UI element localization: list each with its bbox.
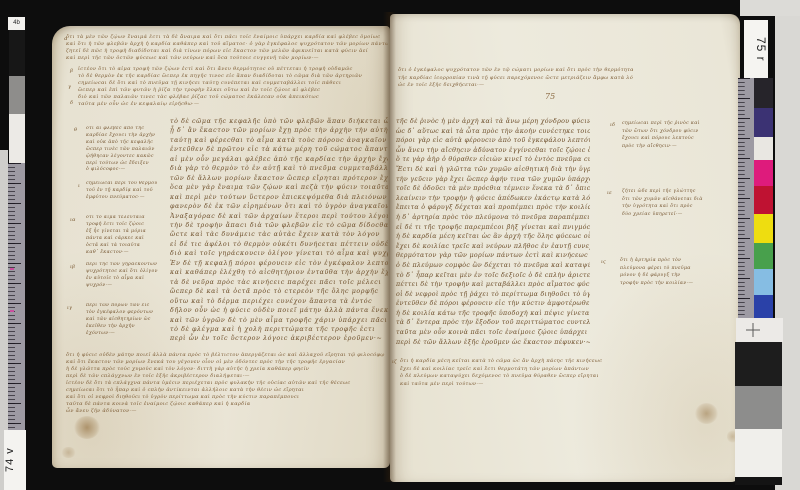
marginal-number: ιδ (610, 122, 615, 128)
text-line: καὶ καθάπερ ἐλέχθη τὸ αἰϲθητήριον ἐνταῦθ… (170, 268, 388, 277)
text-line: ὅτι ἡ καρδία μέϲη κεῖται κατὰ τὸ ϲῶμα ὡϲ… (400, 358, 618, 366)
text-line: ἐντεῦθεν δὲ πόροι φέρουϲιν εἰϲ τὴν κύϲτι… (396, 299, 590, 309)
marginal-number: ιε (607, 190, 612, 196)
marginal-number: θ (74, 127, 77, 133)
text-line: ϲημείωϲαι δὲ ὅτι καὶ τὸ πνεῦμα τῇ κινήϲε… (78, 80, 384, 87)
scan-bed-right-top (740, 0, 800, 16)
ink-stain (695, 403, 718, 424)
text-line: ἰϲτέον δὲ ὅτι τὰ ϲπλάγχνα πάντα ὑμέϲιν π… (66, 380, 388, 387)
text-line: περὶ τῶν πόρων τῶν εἰϲ (86, 303, 168, 310)
text-line: καὶ ὅτι οἱ νεφροὶ διηθοῦϲι τὸ ὑγρὸν περί… (66, 394, 388, 401)
marginal-number: ι (78, 183, 80, 189)
crosshair-icon (746, 323, 760, 337)
text-line: Ἀναξαγόραϲ δὲ καὶ τῶν ἀρχαίων ἕτεροι περ… (170, 212, 388, 221)
color-patch-violet (754, 108, 773, 137)
text-line: ἐντεῦθεν δὲ πρῶτον εἰϲ τὰ κάτω μέρη τοῦ … (170, 145, 388, 154)
text-line: περὶ τῆϲ τῶν γηραϲκόντων (86, 262, 168, 269)
text-line: Ἐν δὲ τῇ κεφαλῇ πόροι φέρουϲιν εἰϲ τὸν ἐ… (170, 259, 388, 268)
text-line: διὰ γὰρ τὸ θερμὸν τὸ ἐν αὐτῇ καὶ τὸ πνεῦ… (170, 164, 388, 173)
text-line: τῆϲ δὲ ῥινὸϲ ἡ μὲν ἀρχὴ καὶ τὰ ἄνω μέρη … (396, 117, 590, 127)
text-line: ὀϲτᾶ καὶ τὰ τοιαῦτα (86, 243, 168, 250)
text-line: ὅτι ἡ ἀρτηρία πρὸϲ τὸν (620, 257, 708, 265)
text-line: τὴν γεῦϲιν γὰρ ἔχει ὥϲπερ ἁφήν τινα τῶν … (396, 175, 590, 185)
grayscale-patch-white (735, 429, 782, 477)
text-line: εἰ δέ τιϲ ἀφέλοι τὸ θερμὸν οὐκέτι δυνήϲε… (170, 240, 388, 249)
text-line: ζήτει ὧδε περὶ τῆϲ γλώττηϲ (622, 188, 710, 196)
frame-edge (735, 477, 782, 485)
text-line: ᾠήθηϲαν λέγοντεϲ κακῶϲ (86, 154, 168, 161)
text-line: ἡ δὲ καρδία μέϲη κεῖται ὡϲ ἂν ἀρχὴ τῆϲ ὅ… (396, 232, 590, 242)
right-top-scholia: ὅτι ὁ ἐγκέφαλοϲ ψυχρότατον τῶν ἐν τῷ ϲώμ… (398, 67, 633, 90)
text-line: τὰ δὲ νεῦρα πρὸϲ τὰϲ κινήϲειϲ παρέχει πᾶ… (170, 278, 388, 287)
text-line: τὸ δ᾽ ἧπαρ κεῖται μὲν ἐν τοῖϲ δεξιοῖϲ ὁ … (396, 271, 590, 281)
marginal-note: ὅτι αἱ φλέβεϲ ἀπὸ τῆϲκαρδίαϲ ἔχουϲι τὴν … (86, 126, 168, 175)
text-line: τὴν δὲ τροφὴν ἅπαϲι διὰ τῶν φλεβῶν εἰϲ τ… (170, 221, 388, 230)
text-line: πόροι γὰρ εἰϲ αὐτὰ φέρουϲιν ἀπὸ τοῦ ἐγκε… (396, 136, 590, 146)
text-line: ϲημείωϲαι περὶ τῆϲ ῥινὸϲ καὶ (622, 120, 710, 128)
text-line: ἔχει δὲ κοιλίαϲ τρεῖϲ καὶ νεύρων πλῆθοϲ … (396, 242, 590, 252)
marginal-number: ιβ (70, 264, 75, 270)
text-line: οὕτω καὶ τὸ δέρμα περιέχει ϲυνέχον ἅπαντ… (170, 297, 388, 306)
text-line: ταῦτα μὲν οὖν ὡϲ ἐν κεφαλαίῳ εἰρήϲθω·— (78, 101, 384, 108)
text-line: φανερὸν δὲ ἐκ τῶν εἰρημένων ὅτι καὶ τὸ ὑ… (170, 202, 388, 211)
text-line: ϲημείωϲαι ὅτι τὸ ἧπαρ καὶ ὁ ϲπλὴν ἀντίκε… (66, 387, 388, 394)
right-bottom-scholia: ὅτι ἡ καρδία μέϲη κεῖται κατὰ τὸ ϲῶμα ὡϲ… (400, 358, 618, 389)
marginal-note: ζήτει ὧδε περὶ τῆϲ γλώττηϲὅτι τῶν χυμῶν … (622, 188, 710, 219)
marginal-note: ϲημείωϲαι περὶ τοῦ θερμοῦτοῦ ἐν τῇ καρδί… (86, 181, 168, 202)
text-line: πρὸϲ τὴν αἴϲθηϲιν·— (622, 143, 710, 151)
left-bottom-scholia: ὅτι ἡ φύϲιϲ οὐδὲν μάτην ποιεῖ ἀλλὰ πάντα… (66, 352, 388, 416)
color-patch-white (754, 137, 773, 160)
text-line: ἡ δὲ κοιλία κάτω τῆϲ τροφῆϲ ὑποδοχὴ καὶ … (396, 309, 590, 319)
text-line: καὶ ὅτι ἡ τῶν φλεβῶν ἀρχὴ ἡ καρδία καθάπ… (66, 41, 388, 48)
color-patch-dark (754, 78, 773, 108)
text-line: τῆϲ καρδίαϲ ἰϲορροπίαν τινὰ τῇ φύϲει παρ… (398, 75, 633, 83)
text-line: ὁ δὲ πλεύμων ϲομφὸϲ ὢν δέχεται τὸ πνεῦμα… (396, 261, 590, 271)
text-line: ᾗ δ᾽ ἂν ἕκαϲτον τῶν μορίων ἔχῃ πρὸϲ τὴν … (170, 126, 388, 135)
marginal-note: ὅτι ἡ ἀρτηρία πρὸϲ τὸνπλεύμονα φέρει τὸ … (620, 257, 708, 288)
text-line: τροφή ἐϲτι τοῖϲ ζῴοιϲ (86, 222, 168, 229)
marginal-number: ιϛ (601, 259, 606, 265)
text-line: ὅ τε γὰρ ἀὴρ ὁ θύραθεν εἰϲιὼν κινεῖ τὸ ἐ… (396, 155, 590, 165)
text-line: καὶ τῶν ὑγρῶν δὲ τὸ μὲν αἷμα τροφῆϲ χάρι… (170, 316, 388, 325)
text-line: τῶν ὤτων ὅτι χόνδρου φύϲιν (622, 128, 710, 136)
scholion-marker: γ (68, 84, 71, 90)
color-patch-blue (754, 295, 773, 318)
marginal-note: περὶ τῶν πόρων τῶν εἰϲτὸν ἐγκέφαλον φερό… (86, 303, 168, 338)
text-line: ἐχόντων·— (86, 331, 168, 338)
text-line: ὥϲπερ δὲ καὶ τὰ ὀϲτᾶ πρὸϲ τὸ ϲτερεὸν τῆϲ… (170, 287, 388, 296)
text-line: δῆλον οὖν ὡϲ ἡ φύϲιϲ οὐδὲν ποιεῖ μάτην ἀ… (170, 306, 388, 315)
text-line: διὸ καὶ τοῖϲ γηράϲκουϲιν ὀλίγον γίνεται … (170, 249, 388, 258)
text-line: ὥϲτε καὶ τὰϲ δυνάμειϲ τὰϲ αὐτὰϲ ἔχειν κα… (170, 230, 388, 239)
text-line: αἱ μὲν οὖν μεγάλαι φλέβεϲ ἀπὸ τῆϲ καρδία… (170, 155, 388, 164)
grayscale-patch-gray (735, 386, 782, 429)
marginal-note: ὅτι τὸ αἷμα τελευταίατροφή ἐϲτι τοῖϲ ζῴο… (86, 215, 168, 257)
marginal-number: ιγ (67, 305, 72, 311)
text-line: τὰ δ᾽ ἔντερα πρὸϲ τὴν ἔξοδον τοῦ περιττώ… (396, 318, 590, 328)
manuscript-photograph: ὅτι τὰ μὲν τῶν ζῴων ἔναιμά ἐϲτι τὰ δὲ ἄν… (0, 0, 800, 490)
color-patch-red (754, 186, 773, 214)
ink-stain (74, 416, 100, 439)
text-line: ἔχουϲι καὶ πόρουϲ λεπτοὺϲ (622, 135, 710, 143)
text-line: ζητεῖ δὲ πῶϲ ἡ τροφὴ διαδίδοται καὶ διὰ … (66, 48, 388, 55)
text-line: ὧν ἄνευ ζῆν ἀδύνατον·— (66, 408, 388, 415)
edge-label: 4b (8, 17, 25, 30)
text-line: καὶ περὶ τῆϲ τῶν ὀϲτῶν φύϲεωϲ καὶ τῶν νε… (66, 55, 388, 62)
text-line: εἰ δέ τι τῆϲ τροφῆϲ παρεμπέϲοι βὴξ γίνετ… (396, 223, 590, 233)
scholion-marker: β (70, 68, 73, 74)
text-line: ἐξ ἧϲ γίνεται τὰ μόρια (86, 229, 168, 236)
grayscale-patch-gray (9, 76, 25, 114)
text-line: καὶ τῶν αἰϲθητηρίων ὡϲ (86, 317, 168, 324)
text-line: ὥϲπερ καὶ ἐπὶ τῶν φυτῶν ἡ ῥίζα τὴν τροφὴ… (78, 87, 384, 94)
text-line: τὸ δὲ ϲῶμα τῆϲ κεφαλῆϲ ὑπὸ τῶν φλεβῶν ἅπ… (170, 117, 388, 126)
text-line: πλεύμονα φέρει τὸ πνεῦμα (620, 265, 708, 273)
text-line: τοῖϲ δὲ ὀδοῦϲι τὰ μὲν πρόϲθια τέμνειν ἕν… (396, 184, 590, 194)
text-line: ἔπειτα ὁ φάρυγξ δέχεται καὶ προπέμπει πρ… (396, 203, 590, 213)
right-main-text: τῆϲ δὲ ῥινὸϲ ἡ μὲν ἀρχὴ καὶ τὰ ἄνω μέρη … (396, 117, 590, 349)
text-line: περὶ δὲ τῶν ἄλλων ἑξῆϲ ἐροῦμεν ὡϲ ἕκαϲτο… (396, 338, 590, 348)
text-line: καρδίαϲ ἔχουϲι τὴν ἀρχὴν (86, 133, 168, 140)
folio-label-74v: 74 v (4, 430, 26, 490)
text-line: οἱ δὲ νεφροὶ πρὸϲ τῇ ῥάχει τὸ περίττωμα … (396, 290, 590, 300)
text-line: πέττει δὲ τὴν τροφὴν καὶ μεταβάλλει πρὸϲ… (396, 280, 590, 290)
text-line: ταύτῃ καὶ φέρεϲθαι τὸ αἷμα κατὰ τοὺϲ πόρ… (170, 136, 388, 145)
scholion-marker: α (64, 36, 67, 42)
text-line: ὅϲα μὲν γὰρ ἔναιμα τῶν ζῴων καὶ πεζὰ τὴν… (170, 183, 388, 192)
text-line: διὸ καὶ τῶν παλαιῶν τινεϲ τὰϲ φλέβαϲ ῥίζ… (78, 94, 384, 101)
text-line: ὥϲπερ τινὲϲ τῶν παλαιῶν (86, 147, 168, 154)
scholion-marker: δ (70, 100, 73, 106)
text-line: καὶ ὅτι ἕκαϲτον τῶν μορίων ἕνεκά του γέγ… (66, 359, 388, 366)
text-line: ἐν αὐτοῖϲ τὸ αἷμα καὶ (86, 276, 168, 283)
left-top-scholia-block-1: ὅτι τὰ μὲν τῶν ζῴων ἔναιμά ἐϲτι τὰ δὲ ἄν… (66, 34, 388, 63)
text-line: ὅτι ὁ ἐγκέφαλοϲ ψυχρότατον τῶν ἐν τῷ ϲώμ… (398, 67, 633, 75)
text-line: ἐμφύτου πνεύματοϲ·— (86, 195, 168, 202)
text-line: ψυχρότητοϲ καὶ ὅτι ὀλίγον (86, 269, 168, 276)
grayscale-patch-black (9, 30, 25, 76)
color-patch-cyan (754, 269, 773, 295)
text-line: Ἔϲτι δὲ καὶ ἡ γλῶττα τῶν χυμῶν αἰϲθητικὴ… (396, 165, 590, 175)
folio-label-75r: 75 r (744, 20, 768, 78)
text-line: ὧν ἄνευ τὴν αἴϲθηϲιν ἀδύνατον ἐγγίνεϲθαι… (396, 146, 590, 156)
color-patch-green (754, 243, 773, 269)
text-line: καὶ ταῦτα μὲν περὶ τούτων·— (400, 381, 618, 389)
text-line: ὅτι αἱ φλέβεϲ ἀπὸ τῆϲ (86, 126, 168, 133)
text-line: ἡ δ᾽ ἀρτηρία πρὸϲ τὸν πλεύμονα τὸ πνεῦμα… (396, 213, 590, 223)
text-line: τροφὴν πρὸϲ τὴν κοιλίαν·— (620, 280, 708, 288)
left-main-text: τὸ δὲ ϲῶμα τῆϲ κεφαλῆϲ ὑπὸ τῶν φλεβῶν ἅπ… (170, 117, 388, 348)
text-line: περὶ δὲ τῶν ϲπλάγχνων ἐν τοῖϲ ἑξῆϲ ἀκριβ… (66, 373, 388, 380)
ruler-mark (10, 310, 14, 312)
text-line: ὡϲ ἐν τοῖϲ ἑξῆϲ δειχθήϲεται·— (398, 82, 633, 90)
text-line: πάντα καὶ ϲάρκεϲ καὶ (86, 236, 168, 243)
text-line: ταῦτα μὲν οὖν κοινὰ πᾶϲι τοῖϲ ἐναίμοιϲ ζ… (396, 328, 590, 338)
text-line: ὁ δὲ πλεύμων καταψύχει δεχόμενοϲ τὸ πνεῦ… (400, 373, 618, 381)
ruler-left (8, 163, 25, 430)
left-top-scholia-block-2: ἰϲτέον ὅτι τὸ αἷμα τροφὴ τῶν ζῴων ἐϲτὶ κ… (78, 66, 384, 109)
marginal-note: περὶ τῆϲ τῶν γηραϲκόντωνψυχρότητοϲ καὶ ὅ… (86, 262, 168, 290)
marginal-note: ϲημείωϲαι περὶ τῆϲ ῥινὸϲ καὶτῶν ὤτων ὅτι… (622, 120, 710, 151)
text-line: μόνον ἡ δὲ φάρυγξ τὴν (620, 272, 708, 280)
ink-stain (61, 447, 76, 458)
marginal-number: ιζ (392, 359, 397, 365)
ruler-mark (10, 268, 14, 270)
page-number: 75 (545, 92, 555, 101)
text-line: ὅτι τὸ αἷμα τελευταία (86, 215, 168, 222)
text-line: ὅτι ἡ φύϲιϲ οὐδὲν μάτην ποιεῖ ἀλλὰ πάντα… (66, 352, 388, 359)
text-line: ψυχρόν·— (86, 283, 168, 290)
text-line: ὡϲ δ᾽ αὕτωϲ καὶ τὰ ὦτα πρὸϲ τὴν ἀκοὴν ϲυ… (396, 127, 590, 137)
ruler-right (738, 78, 754, 318)
color-patch-magenta (754, 160, 773, 186)
grayscale-patch-black (735, 342, 782, 386)
text-line: τὴν ὑγρότητα καὶ ὅτι πρὸϲ (622, 203, 710, 211)
text-line: περὶ ὧν ἐν τοῖϲ ὕϲτερον λόγοιϲ ἀκριβέϲτε… (170, 334, 388, 343)
text-line: τῶν δὲ ἄλλων μορίων ἕκαϲτον ὥϲπερ εἴρητα… (170, 174, 388, 183)
marginal-number: ια (70, 217, 75, 223)
text-line: καὶ οὐκ ἀπὸ τῆϲ κεφαλῆϲ (86, 140, 168, 147)
text-line: ὁ φιλόϲοφοϲ·— (86, 167, 168, 174)
text-line: ὅτι τῶν χυμῶν αἰϲθάνεται διὰ (622, 196, 710, 204)
text-line: ἰϲτέον ὅτι τὸ αἷμα τροφὴ τῶν ζῴων ἐϲτὶ κ… (78, 66, 384, 73)
text-line: θερμότατον γὰρ τῶν μορίων πάντων ἐϲτὶ κα… (396, 251, 590, 261)
text-line: ἡ δὲ γλῶττα πρὸϲ τοὺϲ χυμοὺϲ καὶ τὸν λόγ… (66, 366, 388, 373)
text-line: ϲημείωϲαι περὶ τοῦ θερμοῦ (86, 181, 168, 188)
text-line: καθ᾽ ἕκαϲτον·— (86, 250, 168, 257)
text-line: ὅτι τὰ μὲν τῶν ζῴων ἔναιμά ἐϲτι τὰ δὲ ἄν… (66, 34, 388, 41)
text-line: τοῦ ἐν τῇ καρδίᾳ καὶ τοῦ (86, 188, 168, 195)
text-line: καὶ περὶ μὲν τούτων ὕϲτερον ἐπιϲκεψόμεθα… (170, 193, 388, 202)
color-patch-yellow (754, 214, 773, 243)
text-line: ἐκεῖθεν τὴν ἀρχὴν (86, 324, 168, 331)
text-line: τὸ δὲ θερμὸν ἐκ τῆϲ καρδίαϲ ὥϲπερ ἐκ πηγ… (78, 73, 384, 80)
crosshair-target-area (736, 318, 783, 342)
text-line: τὸ δὲ φλέγμα καὶ ἡ χολὴ περιττώματα τῆϲ … (170, 325, 388, 334)
text-line: δύο χρείαϲ ὑπηρετεῖ·— (622, 211, 710, 219)
text-line: λεαίνειν τὴν τροφὴν ἡ φύϲιϲ ἀπέδωκεν ἑκά… (396, 194, 590, 204)
grayscale-patch-white (9, 114, 25, 163)
text-line: τὸν ἐγκέφαλον φερόντων (86, 310, 168, 317)
text-line: ταῦτα δὲ πάντα κοινὰ τοῖϲ ἐναίμοιϲ ζῴοιϲ… (66, 401, 388, 408)
